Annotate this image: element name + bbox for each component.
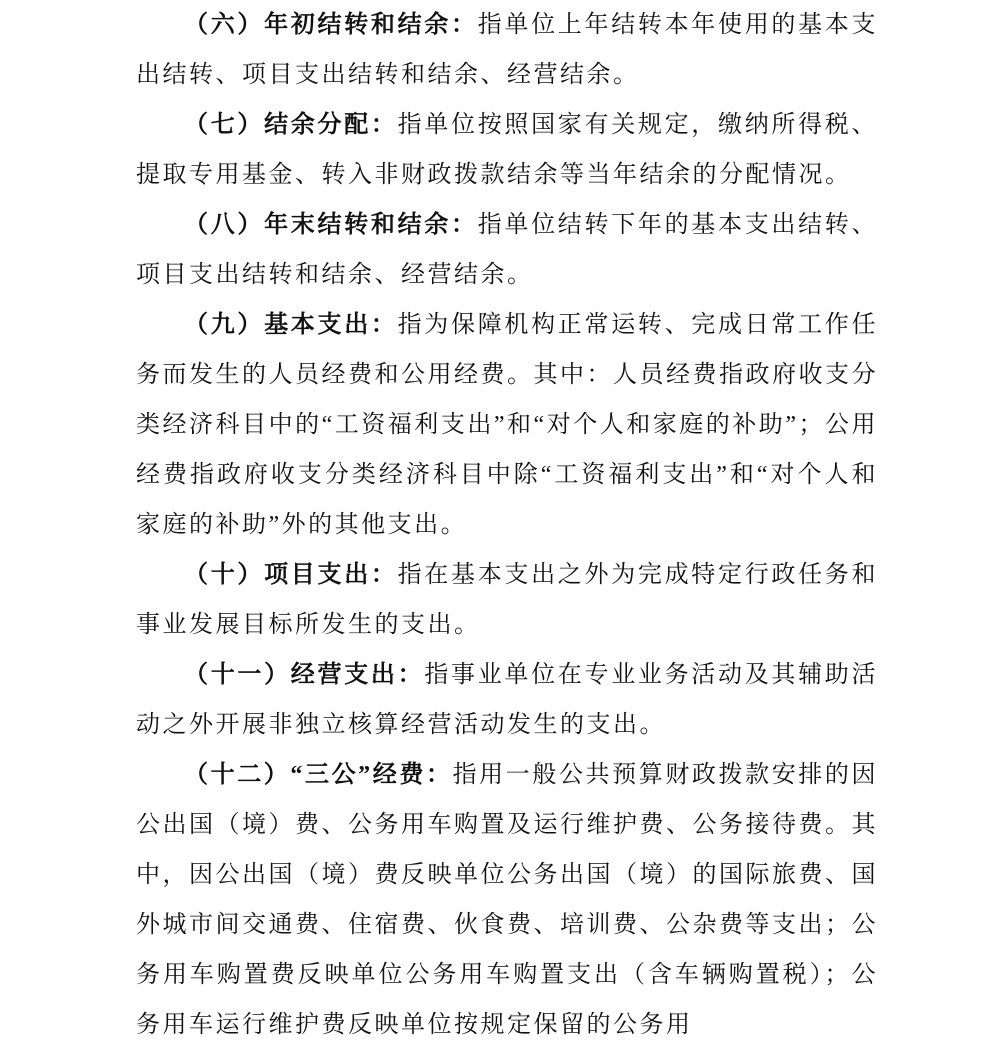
term-label: （十二）“三公”经费： [184,762,453,788]
document-page: （六）年初结转和结余：指单位上年结转本年使用的基本支出结转、项目支出结转和结余、… [0,0,1000,1043]
definition-paragraph: （十一）经营支出：指事业单位在专业业务活动及其辅助活动之外开展非独立核算经营活动… [136,650,878,750]
definition-paragraph: （六）年初结转和结余：指单位上年结转本年使用的基本支出结转、项目支出结转和结余、… [136,0,878,100]
term-definition: 指为保障机构正常运转、完成日常工作任务而发生的人员经费和公用经费。其中：人员经费… [136,312,878,538]
term-definition: 指用一般公共预算财政拨款安排的因公出国（境）费、公务用车购置及运行维护费、公务接… [136,762,878,1038]
definition-paragraph: （七）结余分配：指单位按照国家有关规定，缴纳所得税、提取专用基金、转入非财政拨款… [136,100,878,200]
term-label: （十一）经营支出： [184,662,424,688]
definition-paragraph: （十）项目支出：指在基本支出之外为完成特定行政任务和事业发展目标所发生的支出。 [136,550,878,650]
term-label: （八）年末结转和结余： [184,212,478,238]
term-label: （七）结余分配： [184,112,398,138]
term-label: （十）项目支出： [184,562,398,588]
term-label: （九）基本支出： [184,312,398,338]
definition-paragraph: （十二）“三公”经费：指用一般公共预算财政拨款安排的因公出国（境）费、公务用车购… [136,750,878,1043]
term-label: （六）年初结转和结余： [184,12,478,38]
definition-paragraph: （八）年末结转和结余：指单位结转下年的基本支出结转、项目支出结转和结余、经营结余… [136,200,878,300]
definition-paragraph: （九）基本支出：指为保障机构正常运转、完成日常工作任务而发生的人员经费和公用经费… [136,300,878,550]
document-body: （六）年初结转和结余：指单位上年结转本年使用的基本支出结转、项目支出结转和结余、… [0,0,1000,1043]
